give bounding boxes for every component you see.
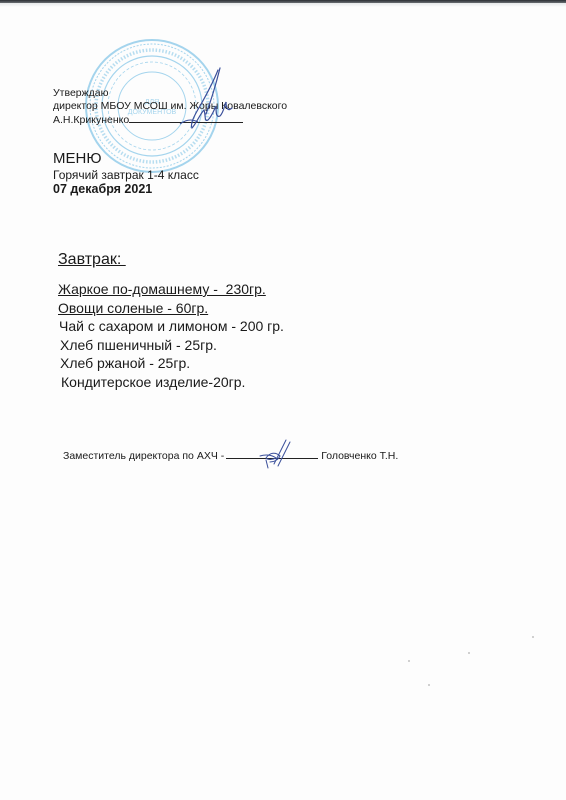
menu-item: Чай с сахаром и лимоном - 200 гр.: [58, 317, 284, 336]
menu-item: Жаркое по-домашнему - 230гр.: [58, 280, 284, 299]
breakfast-items: Жаркое по-домашнему - 230гр. Овощи солен…: [58, 280, 284, 391]
scan-edge-shadow: [0, 3, 566, 7]
menu-title: МЕНЮ: [53, 150, 199, 168]
menu-header: МЕНЮ Горячий завтрак 1-4 класс 07 декабр…: [53, 150, 199, 197]
menu-subtitle: Горячий завтрак 1-4 класс: [53, 168, 199, 182]
deputy-signature-block: Заместитель директора по АХЧ -Головченко…: [63, 449, 398, 463]
scan-speck: [532, 636, 534, 638]
approval-name: А.Н.Крикуненко: [53, 114, 129, 126]
breakfast-section: Завтрак: Жаркое по-домашнему - 230гр. Ов…: [58, 250, 284, 391]
director-signature-icon: [170, 66, 250, 132]
breakfast-title: Завтрак:: [58, 250, 284, 270]
deputy-name: Головченко Т.Н.: [321, 450, 398, 462]
menu-item: Овощи соленые - 60гр.: [58, 299, 284, 318]
scan-speck: [408, 660, 410, 662]
scan-speck: [428, 684, 430, 686]
menu-item: Хлеб ржаной - 25гр.: [58, 354, 284, 373]
scan-speck: [468, 652, 470, 654]
menu-item: Кондитерское изделие-20гр.: [58, 373, 284, 392]
menu-date: 07 декабря 2021: [53, 182, 199, 197]
deputy-role: Заместитель директора по АХЧ -: [63, 450, 224, 462]
menu-item: Хлеб пшеничный - 25гр.: [58, 336, 284, 355]
deputy-signature-icon: [256, 438, 298, 472]
